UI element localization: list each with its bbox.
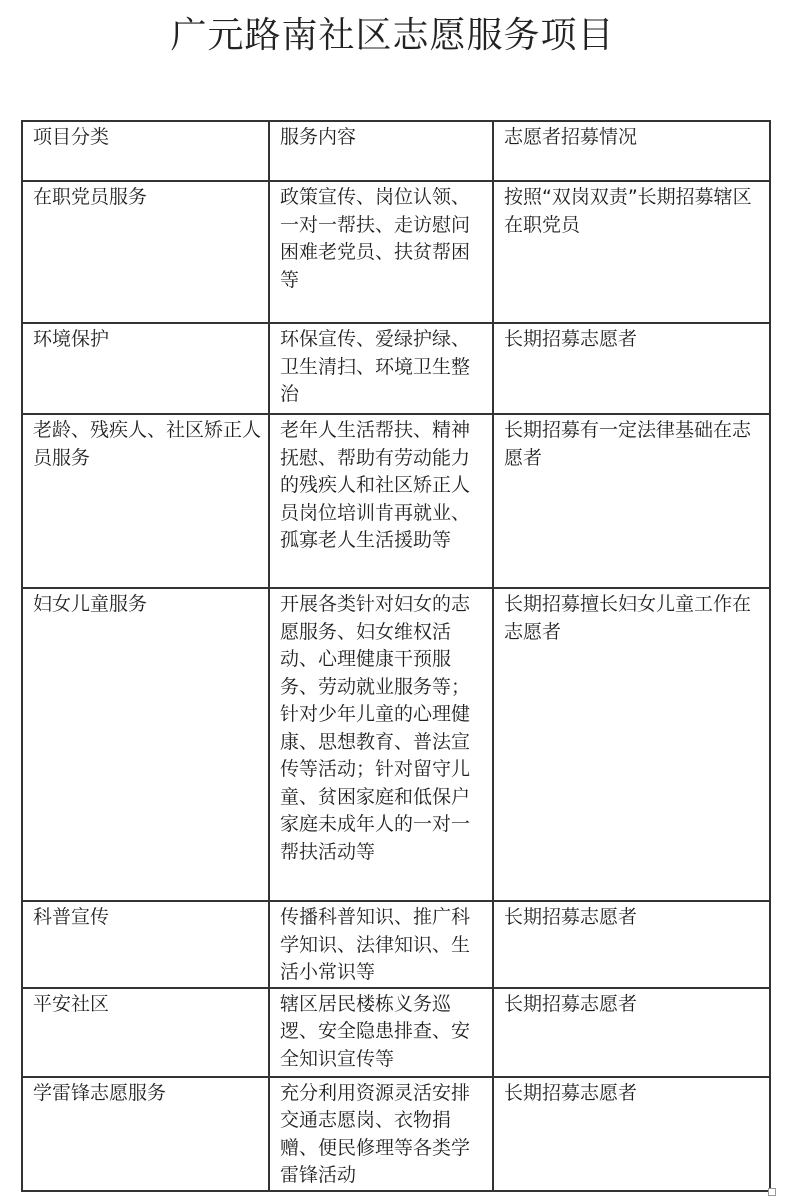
table-resize-handle[interactable] xyxy=(768,1188,776,1196)
cell-recruitment: 长期招募志愿者 xyxy=(493,988,770,1077)
header-category: 项目分类 xyxy=(22,121,269,181)
table-row: 在职党员服务 政策宣传、岗位认领、一对一帮扶、走访慰问困难老党员、扶贫帮困等 按… xyxy=(22,181,770,323)
cell-category: 科普宣传 xyxy=(22,901,269,988)
cell-content: 环保宣传、爱绿护绿、卫生清扫、环境卫生整治 xyxy=(269,323,493,414)
volunteer-service-table: 项目分类 服务内容 志愿者招募情况 在职党员服务 政策宣传、岗位认领、一对一帮扶… xyxy=(21,120,771,1192)
cell-category: 学雷锋志愿服务 xyxy=(22,1077,269,1191)
header-content: 服务内容 xyxy=(269,121,493,181)
table-row: 科普宣传 传播科普知识、推广科学知识、法律知识、生活小常识等 长期招募志愿者 xyxy=(22,901,770,988)
table-row: 学雷锋志愿服务 充分利用资源灵活安排交通志愿岗、衣物捐赠、便民修理等各类学雷锋活… xyxy=(22,1077,770,1191)
cell-content: 开展各类针对妇女的志愿服务、妇女维权活动、心理健康干预服务、劳动就业服务等；针对… xyxy=(269,588,493,901)
cell-recruitment: 长期招募擅长妇女儿童工作在志愿者 xyxy=(493,588,770,901)
cell-recruitment: 长期招募志愿者 xyxy=(493,323,770,414)
cell-recruitment: 长期招募有一定法律基础在志愿者 xyxy=(493,414,770,588)
cell-content: 老年人生活帮扶、精神抚慰、帮助有劳动能力的残疾人和社区矫正人员岗位培训肯再就业、… xyxy=(269,414,493,588)
cell-content: 政策宣传、岗位认领、一对一帮扶、走访慰问困难老党员、扶贫帮困等 xyxy=(269,181,493,323)
table-row: 环境保护 环保宣传、爱绿护绿、卫生清扫、环境卫生整治 长期招募志愿者 xyxy=(22,323,770,414)
cell-content: 传播科普知识、推广科学知识、法律知识、生活小常识等 xyxy=(269,901,493,988)
table-row: 平安社区 辖区居民楼栋义务巡逻、安全隐患排查、安全知识宣传等 长期招募志愿者 xyxy=(22,988,770,1077)
page-title: 广元路南社区志愿服务项目 xyxy=(0,12,785,60)
table-header-row: 项目分类 服务内容 志愿者招募情况 xyxy=(22,121,770,181)
header-recruitment: 志愿者招募情况 xyxy=(493,121,770,181)
table-row: 老龄、残疾人、社区矫正人员服务 老年人生活帮扶、精神抚慰、帮助有劳动能力的残疾人… xyxy=(22,414,770,588)
cell-content: 充分利用资源灵活安排交通志愿岗、衣物捐赠、便民修理等各类学雷锋活动 xyxy=(269,1077,493,1191)
cell-recruitment: 长期招募志愿者 xyxy=(493,901,770,988)
cell-category: 在职党员服务 xyxy=(22,181,269,323)
cell-category: 平安社区 xyxy=(22,988,269,1077)
cell-recruitment: 按照“双岗双责”长期招募辖区在职党员 xyxy=(493,181,770,323)
cell-category: 老龄、残疾人、社区矫正人员服务 xyxy=(22,414,269,588)
table-row: 妇女儿童服务 开展各类针对妇女的志愿服务、妇女维权活动、心理健康干预服务、劳动就… xyxy=(22,588,770,901)
cell-category: 环境保护 xyxy=(22,323,269,414)
cell-recruitment: 长期招募志愿者 xyxy=(493,1077,770,1191)
cell-category: 妇女儿童服务 xyxy=(22,588,269,901)
cell-content: 辖区居民楼栋义务巡逻、安全隐患排查、安全知识宣传等 xyxy=(269,988,493,1077)
